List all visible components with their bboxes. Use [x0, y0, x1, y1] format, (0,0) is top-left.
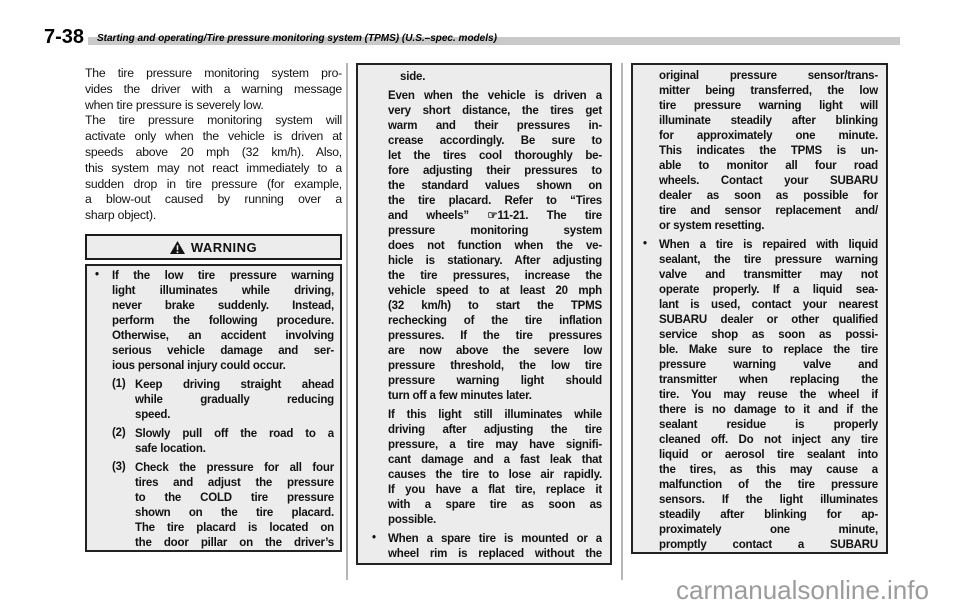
text-line: Slowly pull off the road to a	[135, 427, 334, 442]
text-line: (32 km/h) to start the TPMS	[388, 299, 602, 314]
text-line: sealant residue is properly	[659, 418, 878, 433]
block-text: original pressure sensor/trans-mitter be…	[659, 69, 878, 234]
text-line: able to monitor all four road	[659, 159, 878, 174]
numbered-step: (2)Slowly pull off the road to asafe loc…	[112, 427, 334, 457]
indent-spacer	[372, 89, 388, 404]
text-block: original pressure sensor/trans-mitter be…	[643, 69, 878, 234]
text-line: operate properly. If a liquid sea-	[659, 283, 878, 298]
text-line: illuminate steadily after blinking	[659, 114, 878, 129]
text-line: very short distance, the tires get	[388, 104, 602, 119]
text-line: does not function when the ve-	[388, 239, 602, 254]
text-line: rechecking of the tire inflation	[388, 314, 602, 329]
text-line: mitter being transferred, the low	[659, 84, 878, 99]
text-line: causes the tire to lose air rapidly.	[388, 468, 602, 483]
text-line: If the low tire pressure warning	[112, 269, 334, 284]
text-line: tire pressure warning light will	[659, 99, 878, 114]
text-line: there is no damage to it and if the	[659, 403, 878, 418]
text-line: vides the driver with a warning message	[85, 82, 342, 98]
text-block: Even when the vehicle is driven avery sh…	[372, 89, 602, 404]
text-line: dealer as soon as possible for	[659, 189, 878, 204]
section-title: Starting and operating/Tire pressure mon…	[97, 33, 497, 44]
text-line: when tire pressure is severely low.	[85, 98, 342, 114]
text-line: pressure threshold, the low tire	[388, 359, 602, 374]
column-divider	[621, 63, 623, 580]
text-line: The tire pressure monitoring system will	[85, 113, 342, 129]
text-line: the standard values shown on	[388, 179, 602, 194]
text-line: wheels. Contact your SUBARU	[659, 174, 878, 189]
text-line: If you have a flat tire, replace it	[388, 483, 602, 498]
warning-triangle-icon	[170, 241, 185, 254]
text-line: safe location.	[135, 442, 334, 457]
text-block: The tire pressure monitoring system will…	[85, 113, 342, 224]
text-line: and wheels” ☞11-21. The tire	[388, 209, 602, 224]
step-number: (1)	[112, 378, 135, 423]
text-line: transmitter when replacing the	[659, 373, 878, 388]
text-line: promptly contact a SUBARU	[659, 538, 878, 553]
text-line: Check the pressure for all four	[135, 461, 334, 476]
bullet-marker: •	[372, 532, 388, 562]
block-text: Even when the vehicle is driven avery sh…	[388, 89, 602, 404]
text-line: are now above the severe low	[388, 344, 602, 359]
text-line: pressures. If the tire pressures	[388, 329, 602, 344]
text-line: for approximately one minute.	[659, 129, 878, 144]
block-text: Keep driving straight aheadwhile gradual…	[135, 378, 334, 423]
text-line: lant is used, contact your nearest	[659, 298, 878, 313]
block-text: When a spare tire is mounted or awheel r…	[388, 532, 602, 562]
text-line: perform the following procedure.	[112, 314, 334, 329]
text-line: sealant, the tire pressure warning	[659, 253, 878, 268]
text-line: wheel rim is replaced without the	[388, 547, 602, 562]
text-line: SUBARU dealer or other qualified	[659, 313, 878, 328]
block-text: Check the pressure for all fourtires and…	[135, 461, 334, 551]
text-line: side.	[400, 70, 602, 85]
text-line: activate only when the vehicle is driven…	[85, 129, 342, 145]
block-text: If this light still illuminates whiledri…	[388, 408, 602, 528]
warning-content-box-col3: original pressure sensor/trans-mitter be…	[631, 63, 888, 554]
bullet-marker: •	[643, 238, 659, 553]
text-line: pressure warning valve and	[659, 358, 878, 373]
text-line: possible.	[388, 513, 602, 528]
text-line: pressure warning light should	[388, 374, 602, 389]
text-line: The tire pressure monitoring system pro-	[85, 66, 342, 82]
bullet-item: •If the low tire pressure warninglight i…	[95, 269, 334, 374]
indent-spacer	[643, 69, 659, 234]
text-line: Otherwise, an accident involving	[112, 329, 334, 344]
text-line: ious personal injury could occur.	[112, 359, 334, 374]
text-line: shown on the tire placard.	[135, 506, 334, 521]
text-line: this system may not react immediately to…	[85, 161, 342, 177]
text-block: If this light still illuminates whiledri…	[372, 408, 602, 528]
text-line: let the tires cool thoroughly be-	[388, 149, 602, 164]
bullet-item: •When a tire is repaired with liquidseal…	[643, 238, 878, 553]
warning-title-box: WARNING	[85, 234, 342, 260]
bullet-marker: •	[95, 269, 112, 374]
text-line: ble. Make sure to replace the tire	[659, 343, 878, 358]
text-line: tires and adjust the pressure	[135, 476, 334, 491]
text-line: liquid or aerosol tire sealant into	[659, 448, 878, 463]
text-line: sensors. If the light illuminates	[659, 493, 878, 508]
page-number: 7-38	[44, 26, 84, 49]
block-text: The tire pressure monitoring system will…	[85, 113, 342, 224]
warning-content-box-col1: •If the low tire pressure warninglight i…	[85, 264, 342, 552]
text-line: service shop as soon as possi-	[659, 328, 878, 343]
text-line: serious vehicle damage and ser-	[112, 344, 334, 359]
block-text: The tire pressure monitoring system pro-…	[85, 66, 342, 113]
step-number: (2)	[112, 427, 135, 457]
text-line: Even when the vehicle is driven a	[388, 89, 602, 104]
text-line: If this light still illuminates while	[388, 408, 602, 423]
text-block: side.	[400, 70, 602, 85]
text-line: to the COLD tire pressure	[135, 491, 334, 506]
block-text: If the low tire pressure warninglight il…	[112, 269, 334, 374]
step-number: (3)	[112, 461, 135, 551]
text-line: turn off a few minutes later.	[388, 389, 602, 404]
text-line: When a tire is repaired with liquid	[659, 238, 878, 253]
text-line: fore adjusting their pressures to	[388, 164, 602, 179]
column-divider	[346, 63, 348, 580]
text-line: Keep driving straight ahead	[135, 378, 334, 393]
text-line: the tire pressures, increase the	[388, 269, 602, 284]
text-line: valve and transmitter may not	[659, 268, 878, 283]
text-line: original pressure sensor/trans-	[659, 69, 878, 84]
watermark: carmanualsonline.info	[676, 575, 929, 606]
text-line: sudden drop in tire pressure (for exampl…	[85, 177, 342, 193]
text-line: pressure, a tire may have signifi-	[388, 438, 602, 453]
text-line: The tire placard is located on	[135, 521, 334, 536]
text-line: never brake suddenly. Instead,	[112, 299, 334, 314]
block-text: When a tire is repaired with liquidseala…	[659, 238, 878, 553]
text-line: cant damage and a fast leak that	[388, 453, 602, 468]
warning-content-box-col2: side.Even when the vehicle is driven ave…	[356, 63, 612, 565]
block-text: side.	[400, 70, 602, 85]
text-line: crease accordingly. Be sure to	[388, 134, 602, 149]
bullet-item: •When a spare tire is mounted or awheel …	[372, 532, 602, 562]
text-line: cleaned off. Do not inject any tire	[659, 433, 878, 448]
text-line: driving after adjusting the tire	[388, 423, 602, 438]
text-line: the tires, as this may cause a	[659, 463, 878, 478]
text-line: tire. You may reuse the wheel if	[659, 388, 878, 403]
text-line: sharp object).	[85, 208, 342, 224]
text-line: pressure monitoring system	[388, 224, 602, 239]
block-text: Slowly pull off the road to asafe locati…	[135, 427, 334, 457]
text-line: the door pillar on the driver’s	[135, 536, 334, 551]
text-line: warm and their pressures in-	[388, 119, 602, 134]
text-line: When a spare tire is mounted or a	[388, 532, 602, 547]
text-block: The tire pressure monitoring system pro-…	[85, 66, 342, 113]
text-line: vehicle speed to at least 20 mph	[388, 284, 602, 299]
text-line: malfunction of the tire pressure	[659, 478, 878, 493]
text-line: speeds above 20 mph (32 km/h). Also,	[85, 145, 342, 161]
numbered-step: (1)Keep driving straight aheadwhile grad…	[112, 378, 334, 423]
text-line: or system resetting.	[659, 219, 878, 234]
text-line: the tire placard. Refer to “Tires	[388, 194, 602, 209]
text-line: proximately one minute,	[659, 523, 878, 538]
manual-page: 7-38 Starting and operating/Tire pressur…	[0, 0, 960, 611]
text-line: hicle is stationary. After adjusting	[388, 254, 602, 269]
text-line: while gradually reducing	[135, 393, 334, 408]
text-line: a blow-out caused by running over a	[85, 192, 342, 208]
text-line: steadily after blinking for ap-	[659, 508, 878, 523]
indent-spacer	[372, 408, 388, 528]
text-line: light illuminates while driving,	[112, 284, 334, 299]
text-line: speed.	[135, 408, 334, 423]
intro-paragraphs: The tire pressure monitoring system pro-…	[85, 66, 342, 224]
text-line: with a spare tire as soon as	[388, 498, 602, 513]
text-line: This indicates the TPMS is un-	[659, 144, 878, 159]
numbered-step: (3)Check the pressure for all fourtires …	[112, 461, 334, 551]
warning-title-label: WARNING	[191, 240, 257, 255]
text-line: tire and sensor replacement and/	[659, 204, 878, 219]
